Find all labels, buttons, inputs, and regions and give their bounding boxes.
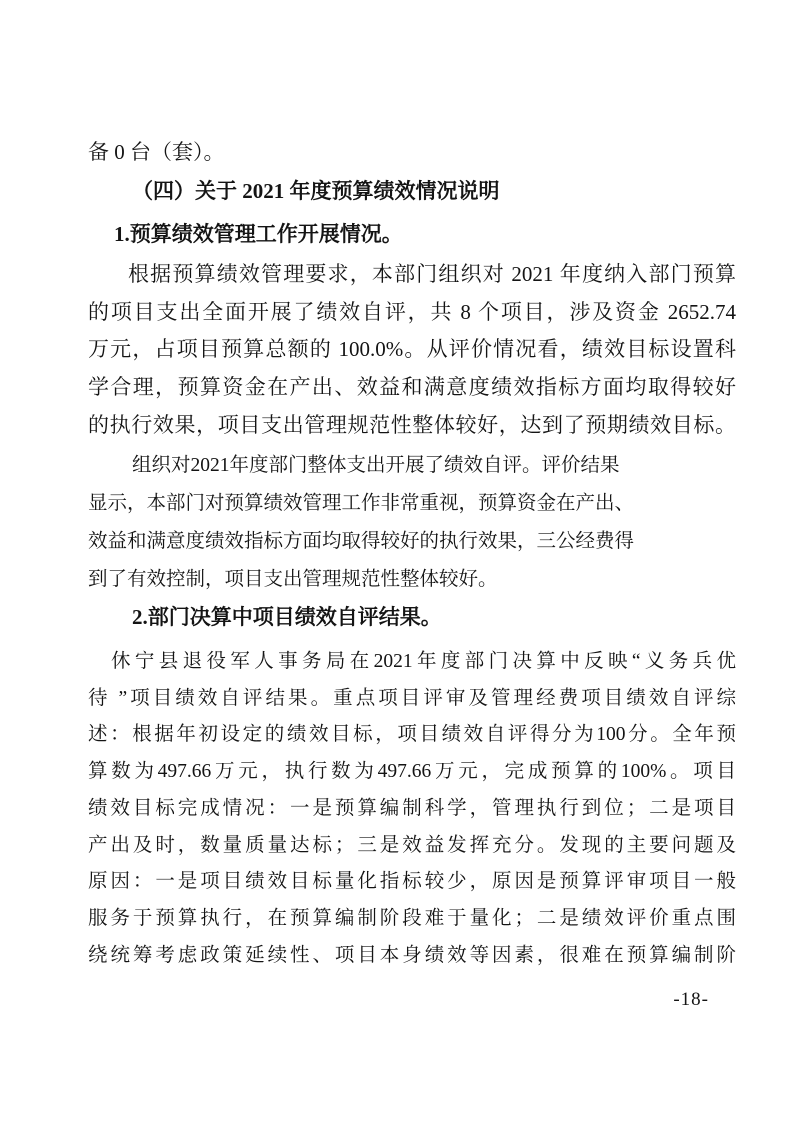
- text-line: 绩效目标完成情况：一是预算编制科学，管理执行到位；二是项目: [88, 797, 736, 834]
- section-heading: 1.预算绩效管理工作开展情况。: [88, 222, 736, 262]
- document-page: 备 0 台（套）。（四）关于 2021 年度预算绩效情况说明1.预算绩效管理工作…: [0, 0, 793, 1122]
- text-line: 待 ”项目绩效自评结果。重点项目评审及管理经费项目绩效自评综: [88, 687, 736, 724]
- text-line: 效益和满意度绩效指标方面均取得较好的执行效果，三公经费得: [88, 529, 736, 567]
- text-line: 学合理，预算资金在产出、效益和满意度绩效指标方面均取得较好: [88, 375, 736, 413]
- document-body: 备 0 台（套）。（四）关于 2021 年度预算绩效情况说明1.预算绩效管理工作…: [88, 140, 736, 981]
- section-heading: （四）关于 2021 年度预算绩效情况说明: [88, 179, 736, 222]
- section-heading: 2.部门决算中项目绩效自评结果。: [88, 605, 736, 650]
- text-line: 绕统筹考虑政策延续性、项目本身绩效等因素，很难在预算编制阶: [88, 944, 736, 981]
- text-line: 万元，占项目预算总额的 100.0%。从评价情况看，绩效目标设置科: [88, 337, 736, 375]
- text-line: 产出及时，数量质量达标；三是效益发挥充分。发现的主要问题及: [88, 834, 736, 871]
- text-line: 原因：一是项目绩效目标量化指标较少，原因是预算评审项目一般: [88, 870, 736, 907]
- text-line: 显示，本部门对预算绩效管理工作非常重视，预算资金在产出、: [88, 491, 736, 529]
- text-line: 到了有效控制，项目支出管理规范性整体较好。: [88, 567, 736, 605]
- text-line: 的项目支出全面开展了绩效自评，共 8 个项目，涉及资金 2652.74: [88, 300, 736, 338]
- text-line: 的执行效果，项目支出管理规范性整体较好，达到了预期绩效目标。: [88, 413, 736, 453]
- page-number: -18-: [673, 989, 709, 1011]
- text-line: 根据预算绩效管理要求，本部门组织对 2021 年度纳入部门预算: [88, 262, 736, 300]
- text-line: 组织对2021年度部门整体支出开展了绩效自评。评价结果: [88, 453, 736, 491]
- text-line: 算数为497.66万元，执行数为497.66万元，完成预算的100%。项目: [88, 760, 736, 797]
- text-line: 备 0 台（套）。: [88, 140, 736, 179]
- text-line: 休宁县退役军人事务局在2021年度部门决算中反映“义务兵优: [88, 650, 736, 687]
- text-line: 述：根据年初设定的绩效目标，项目绩效自评得分为100分。全年预: [88, 723, 736, 760]
- text-line: 服务于预算执行，在预算编制阶段难于量化；二是绩效评价重点围: [88, 907, 736, 944]
